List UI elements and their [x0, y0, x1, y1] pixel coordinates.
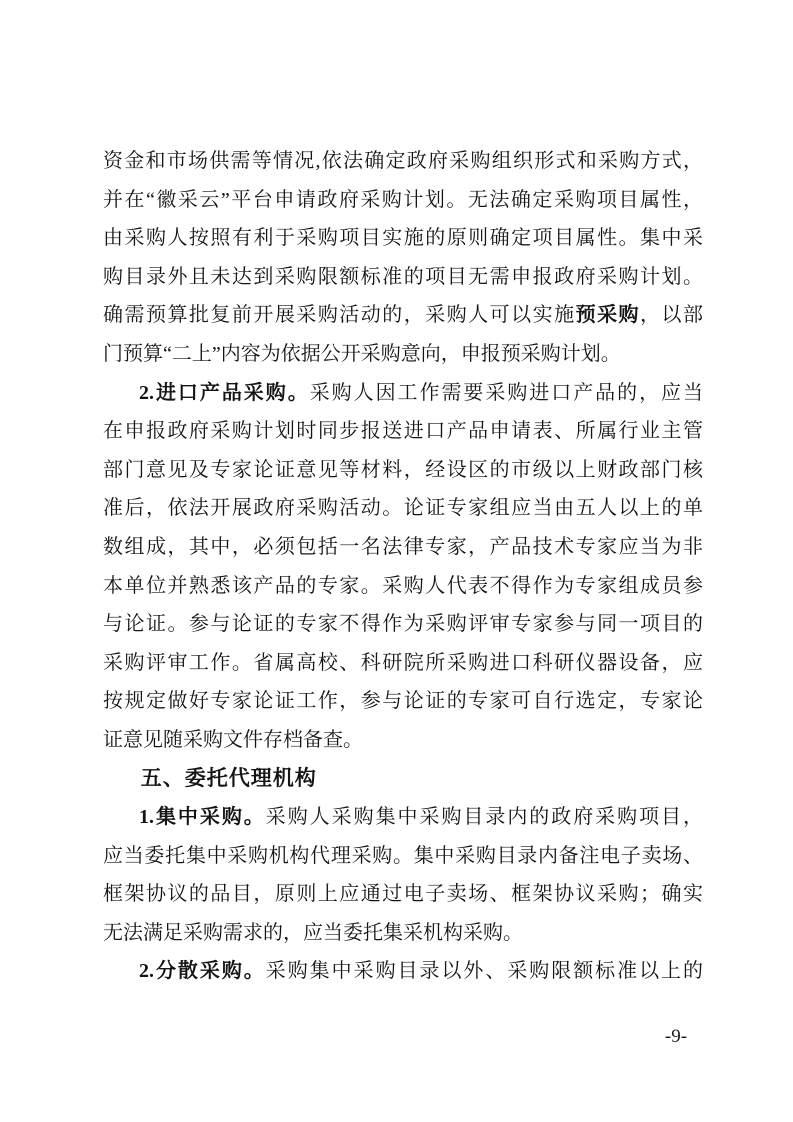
text-line: 2.进口产品采购。采购人因工作需要采购进口产品的，应当 — [103, 374, 703, 413]
text-line: 证意见随采购文件存档备查。 — [103, 721, 703, 760]
document-page: 资金和市场供需等情况,依法确定政府采购组织形式和采购方式，并在“徽采云”平台申请… — [0, 0, 793, 1122]
text-segment: 采购评审工作。省属高校、科研院所采购进口科研仪器设备，应 — [103, 652, 703, 674]
text-segment: 2.进口产品采购。 — [139, 382, 310, 404]
text-line: 按规定做好专家论证工作，参与论证的专家可自行选定，专家论 — [103, 682, 703, 721]
text-segment: 预采购 — [576, 304, 640, 326]
text-segment: 五、委托代理机构 — [141, 767, 317, 790]
text-segment: 采购人采购集中采购目录内的政府采购项目， — [266, 806, 703, 828]
text-segment: 购目录外且未达到采购限额标准的项目无需申报政府采购计划。 — [103, 266, 703, 288]
text-segment: 数组成，其中，必须包括一名法律专家，产品技术专家应当为非 — [103, 536, 703, 558]
text-segment: 准后，依法开展政府采购活动。论证专家组应当由五人以上的单 — [103, 497, 703, 519]
text-segment: ，以部 — [640, 304, 703, 326]
text-segment: 采购集中采购目录以外、采购限额标准以上的 — [266, 960, 703, 982]
text-segment: 本单位并熟悉该产品的专家。采购人代表不得作为专家组成员参 — [103, 575, 703, 597]
text-line: 无法满足采购需求的，应当委托集采机构采购。 — [103, 914, 703, 953]
document-body: 资金和市场供需等情况,依法确定政府采购组织形式和采购方式，并在“徽采云”平台申请… — [103, 142, 703, 991]
text-segment: 确需预算批复前开展采购活动的，采购人可以实施 — [103, 304, 576, 326]
text-segment: 应当委托集中采购机构代理采购。集中采购目录内备注电子卖场、 — [103, 845, 703, 867]
text-segment: 按规定做好专家论证工作，参与论证的专家可自行选定，专家论 — [103, 690, 703, 712]
text-line: 应当委托集中采购机构代理采购。集中采购目录内备注电子卖场、 — [103, 837, 703, 876]
text-line: 并在“徽采云”平台申请政府采购计划。无法确定采购项目属性， — [103, 181, 703, 220]
text-line: 本单位并熟悉该产品的专家。采购人代表不得作为专家组成员参 — [103, 567, 703, 606]
text-line: 购目录外且未达到采购限额标准的项目无需申报政府采购计划。 — [103, 258, 703, 297]
text-segment: 并在“徽采云”平台申请政府采购计划。无法确定采购项目属性， — [103, 189, 703, 211]
text-line: 在申报政府采购计划时同步报送进口产品申请表、所属行业主管 — [103, 412, 703, 451]
text-line: 2.分散采购。采购集中采购目录以外、采购限额标准以上的 — [103, 952, 703, 991]
text-segment: 由采购人按照有利于采购项目实施的原则确定项目属性。集中采 — [103, 227, 703, 249]
text-line: 由采购人按照有利于采购项目实施的原则确定项目属性。集中采 — [103, 219, 703, 258]
text-segment: 2.分散采购。 — [139, 960, 266, 982]
text-segment: 资金和市场供需等情况,依法确定政府采购组织形式和采购方式， — [103, 150, 703, 172]
text-line: 准后，依法开展政府采购活动。论证专家组应当由五人以上的单 — [103, 489, 703, 528]
page-number: -9- — [646, 1022, 706, 1052]
text-line: 门预算“二上”内容为依据公开采购意向，申报预采购计划。 — [103, 335, 703, 374]
text-line: 与论证。参与论证的专家不得作为采购评审专家参与同一项目的 — [103, 605, 703, 644]
text-line: 部门意见及专家论证意见等材料，经设区的市级以上财政部门核 — [103, 451, 703, 490]
text-segment: 采购人因工作需要采购进口产品的，应当 — [310, 382, 703, 404]
text-line: 1.集中采购。采购人采购集中采购目录内的政府采购项目， — [103, 798, 703, 837]
text-line: 数组成，其中，必须包括一名法律专家，产品技术专家应当为非 — [103, 528, 703, 567]
text-segment: 1.集中采购。 — [139, 806, 266, 828]
text-line: 框架协议的品目，原则上应通过电子卖场、框架协议采购；确实 — [103, 875, 703, 914]
text-line: 采购评审工作。省属高校、科研院所采购进口科研仪器设备，应 — [103, 644, 703, 683]
text-segment: 与论证。参与论证的专家不得作为采购评审专家参与同一项目的 — [103, 613, 703, 635]
text-segment: 部门意见及专家论证意见等材料，经设区的市级以上财政部门核 — [103, 459, 703, 481]
text-segment: 证意见随采购文件存档备查。 — [103, 729, 363, 751]
text-line: 确需预算批复前开展采购活动的，采购人可以实施预采购，以部 — [103, 296, 703, 335]
text-line: 资金和市场供需等情况,依法确定政府采购组织形式和采购方式， — [103, 142, 703, 181]
text-segment: 门预算“二上”内容为依据公开采购意向，申报预采购计划。 — [103, 343, 621, 365]
text-segment: 在申报政府采购计划时同步报送进口产品申请表、所属行业主管 — [103, 420, 703, 442]
section-heading: 五、委托代理机构 — [103, 760, 703, 799]
text-segment: 框架协议的品目，原则上应通过电子卖场、框架协议采购；确实 — [103, 883, 703, 905]
text-segment: 无法满足采购需求的，应当委托集采机构采购。 — [103, 922, 523, 944]
